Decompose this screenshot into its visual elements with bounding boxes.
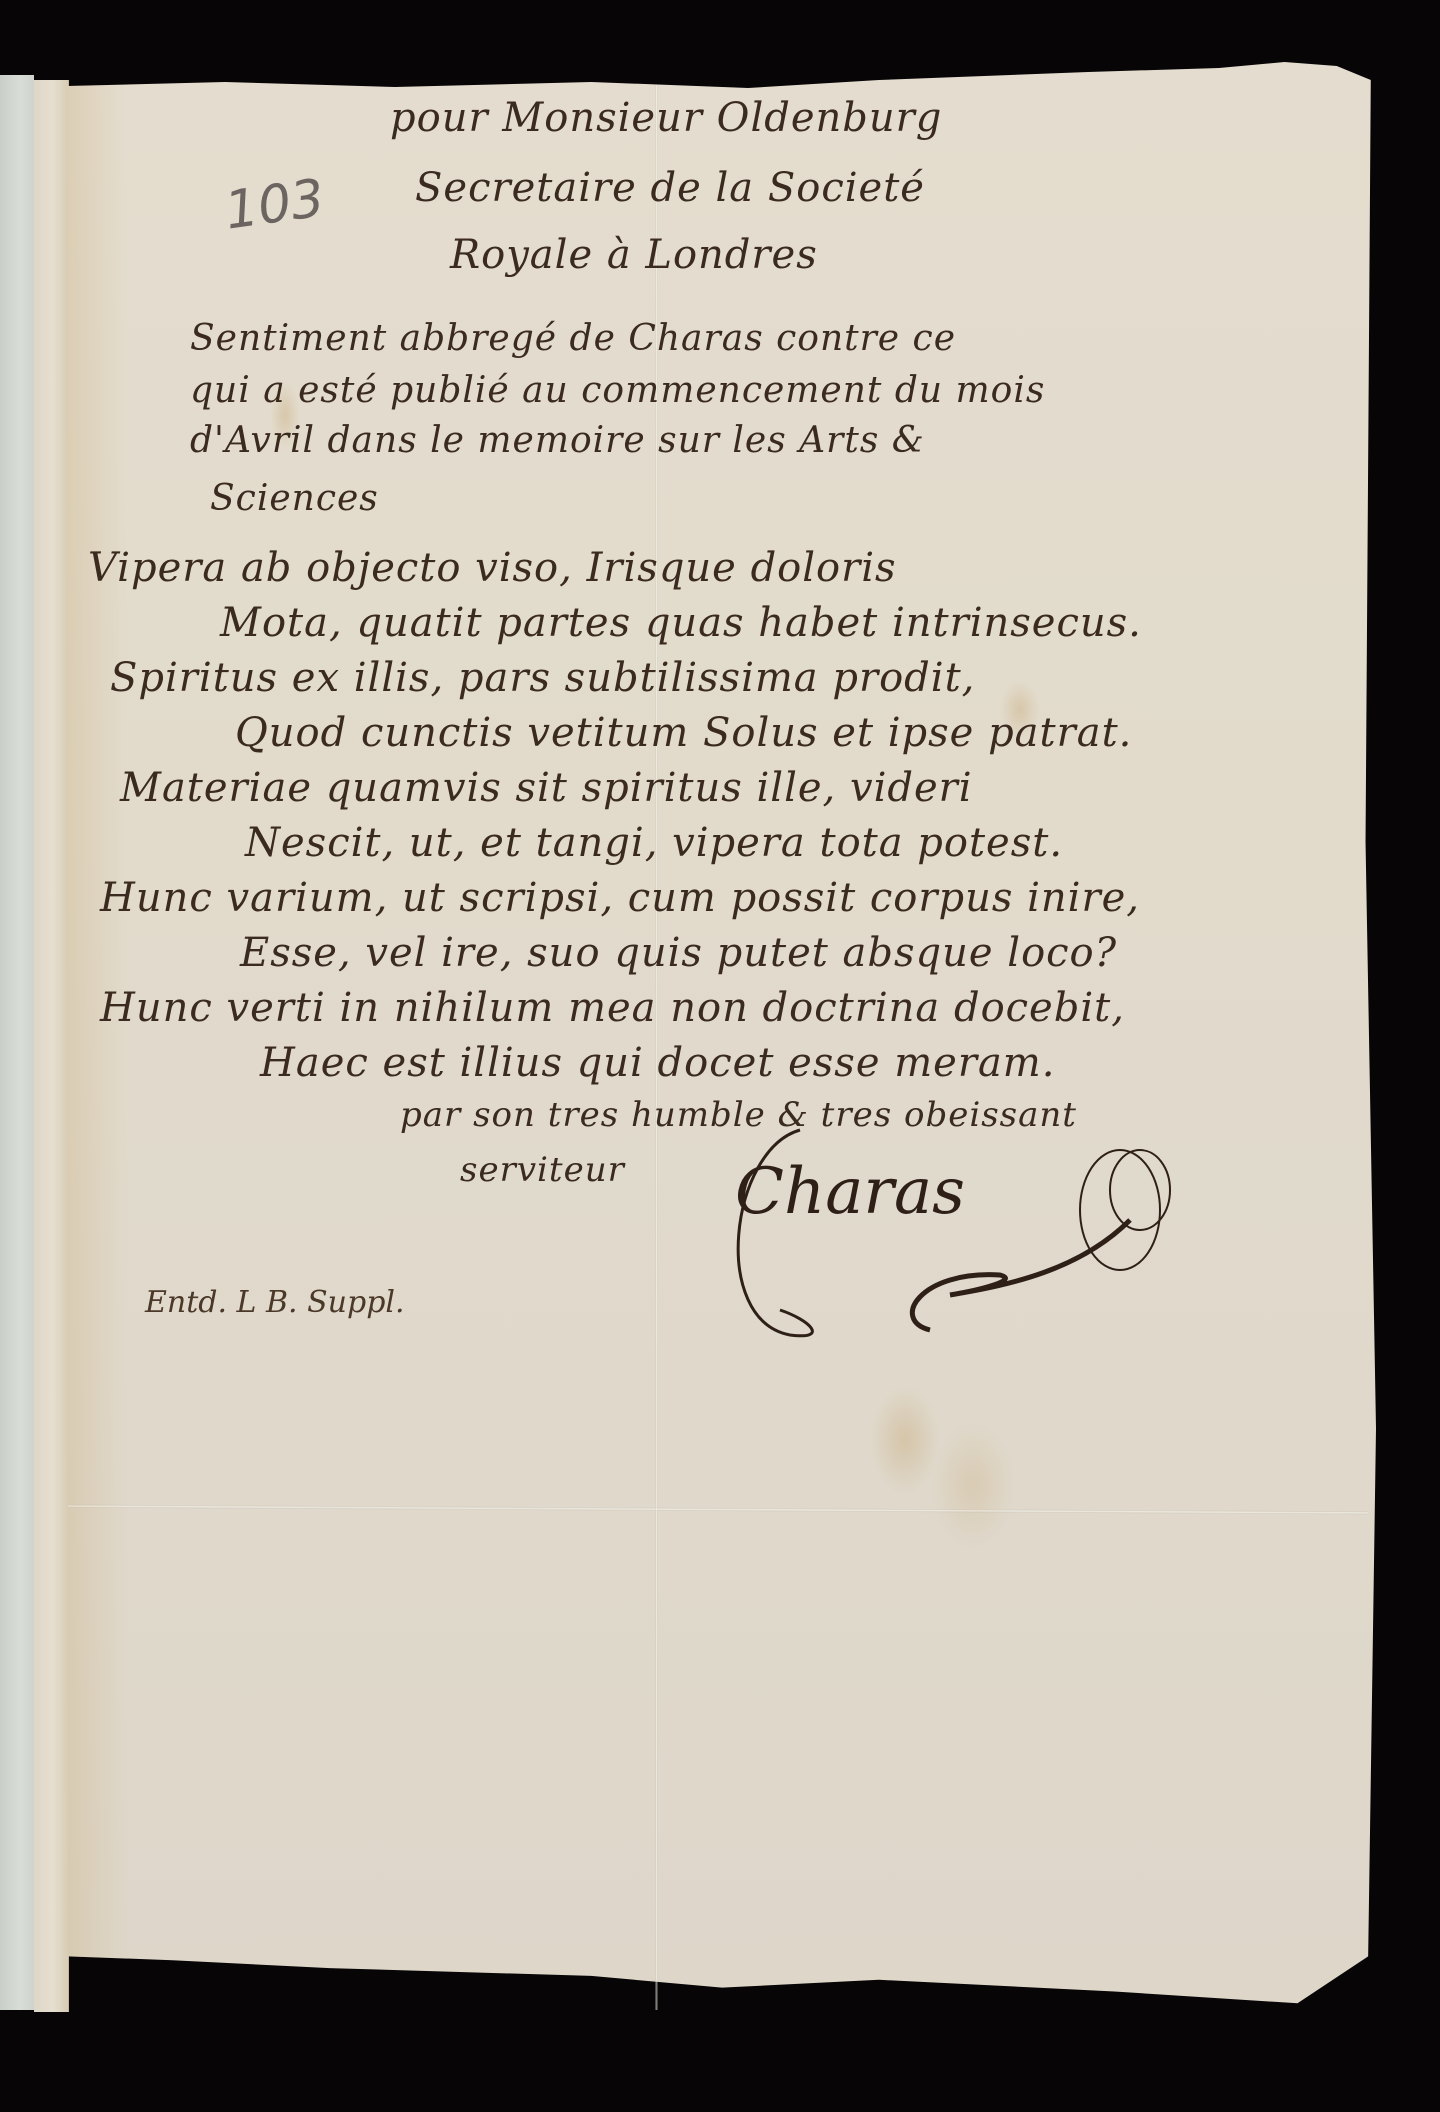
marginal-note: Entd. L B. Suppl. [145,1285,405,1320]
body-line: Sentiment abbregé de Charas contre ce [190,318,956,359]
signature: Charas [735,1155,965,1229]
body-line: Sciences [210,478,379,519]
verse-line: Nescit, ut, et tangi, vipera tota potest… [245,820,1063,866]
binding-stub [34,80,69,2012]
foxing-stain [870,1385,940,1495]
verse-line: Vipera ab objecto viso, Irisque doloris [88,545,897,591]
verse-line: Haec est illius qui docet esse meram. [260,1040,1055,1086]
body-line: d'Avril dans le memoire sur les Arts & [190,420,925,461]
address-line: pour Monsieur Oldenburg [390,95,942,141]
closing-line: serviteur [460,1150,625,1190]
verse-line: Quod cunctis vetitum Solus et ipse patra… [235,710,1132,756]
address-line: Secretaire de la Societé [415,165,925,211]
verse-line: Materiae quamvis sit spiritus ille, vide… [120,765,973,811]
verse-line: Hunc varium, ut scripsi, cum possit corp… [100,875,1140,921]
verse-line: Mota, quatit partes quas habet intrinsec… [220,600,1142,646]
verse-line: Spiritus ex illis, pars subtilissima pro… [110,655,975,701]
body-line: qui a esté publié au commencement du moi… [190,370,1045,411]
guard-sheet [0,75,34,2010]
verse-line: Hunc verti in nihilum mea non doctrina d… [100,985,1125,1031]
address-line: Royale à Londres [450,232,818,278]
verse-line: Esse, vel ire, suo quis putet absque loc… [240,930,1117,976]
